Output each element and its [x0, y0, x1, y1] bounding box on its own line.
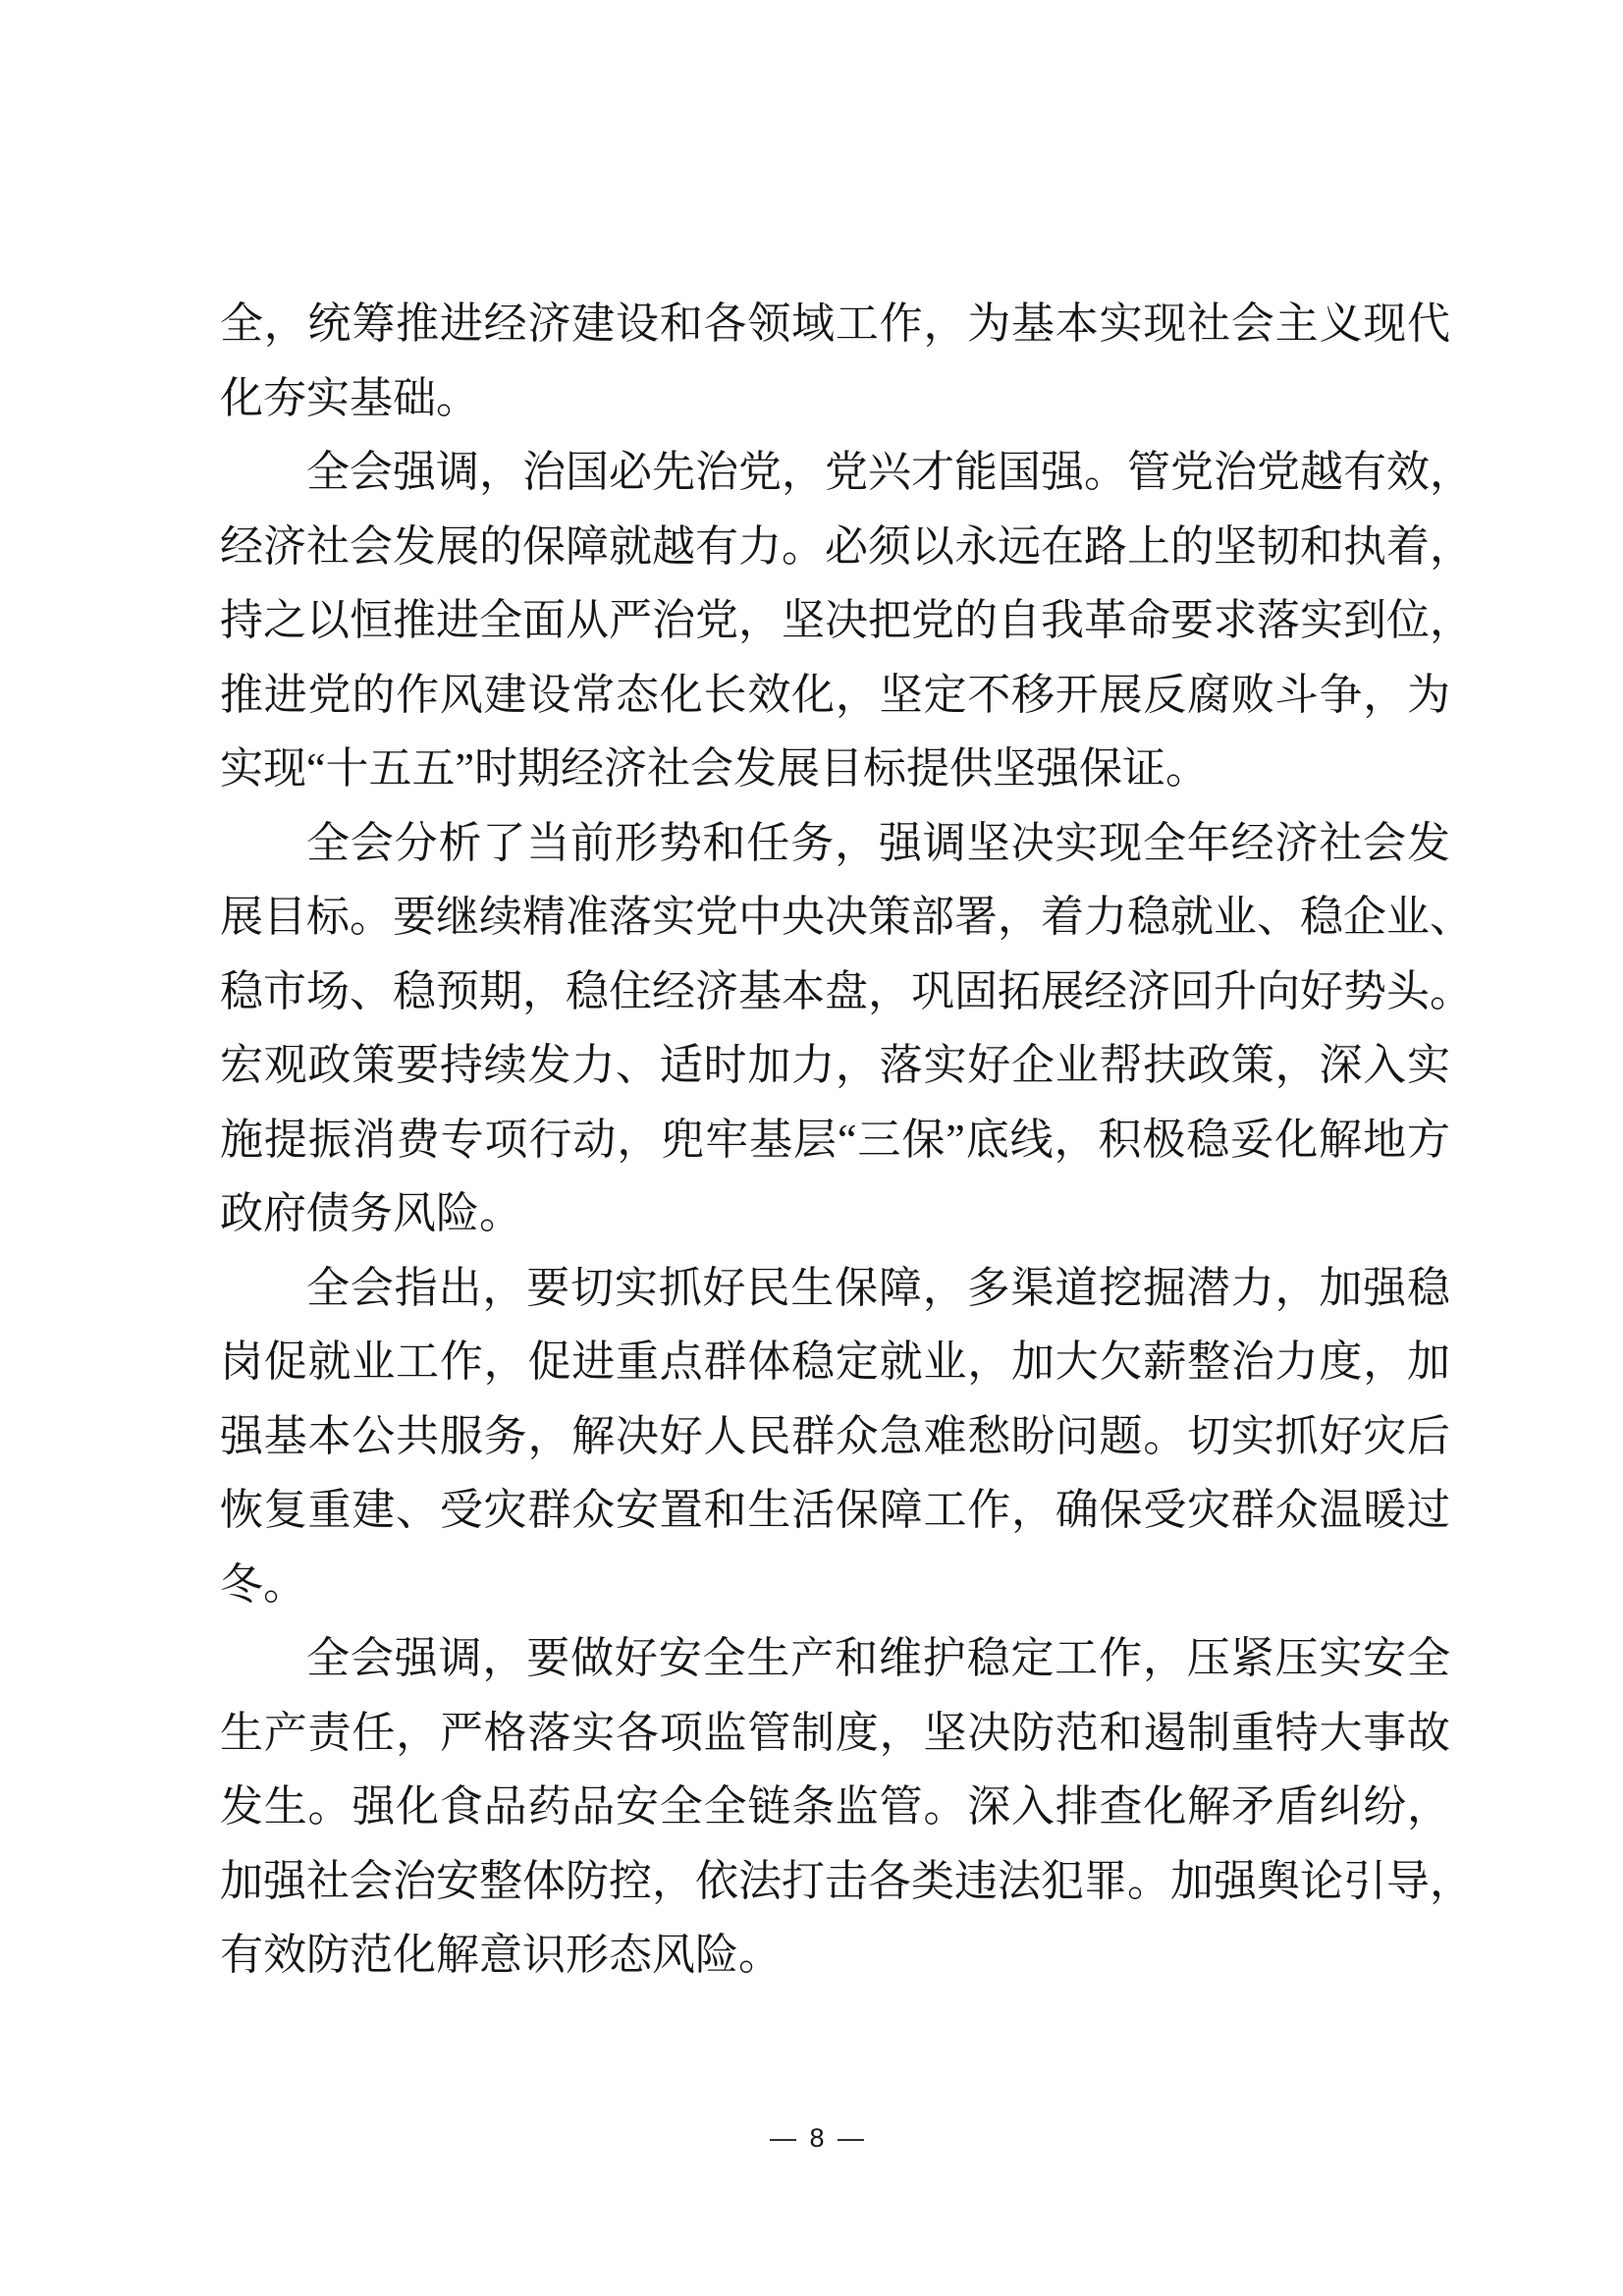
page-number: — 8 —	[7, 2123, 1623, 2154]
text-line: 推进党的作风建设常态化长效化，坚定不移开展反腐败斗争，为	[220, 658, 1450, 733]
text-line: 冬。	[220, 1548, 1450, 1622]
text-line: 发生。强化食品药品安全全链条监管。深入排查化解矛盾纠纷，	[220, 1770, 1450, 1844]
paragraph: 全会指出，要切实抓好民生保障，多渠道挖掘潜力，加强稳岗促就业工作，促进重点群体稳…	[220, 1251, 1450, 1622]
text-line: 加强社会治安整体防控，依法打击各类违法犯罪。加强舆论引导，	[220, 1844, 1450, 1919]
text-line: 全会强调，治国必先治党，党兴才能国强。管党治党越有效，	[220, 435, 1450, 510]
document-page: 全，统筹推进经济建设和各领域工作，为基本实现社会主义现代化夯实基础。全会强调，治…	[0, 0, 1623, 2296]
text-line: 有效防范化解意识形态风险。	[220, 1918, 1450, 1993]
text-line: 宏观政策要持续发力、适时加力，落实好企业帮扶政策，深入实	[220, 1028, 1450, 1103]
text-line: 全会强调，要做好安全生产和维护稳定工作，压紧压实安全	[220, 1621, 1450, 1696]
text-line: 全会指出，要切实抓好民生保障，多渠道挖掘潜力，加强稳	[220, 1251, 1450, 1326]
text-line: 持之以恒推进全面从严治党，坚决把党的自我革命要求落实到位，	[220, 583, 1450, 658]
paragraph: 全会强调，要做好安全生产和维护稳定工作，压紧压实安全生产责任，严格落实各项监管制…	[220, 1621, 1450, 1993]
text-line: 生产责任，严格落实各项监管制度，坚决防范和遏制重特大事故	[220, 1696, 1450, 1771]
text-line: 全会分析了当前形势和任务，强调坚决实现全年经济社会发	[220, 806, 1450, 881]
paragraph: 全会强调，治国必先治党，党兴才能国强。管党治党越有效，经济社会发展的保障就越有力…	[220, 435, 1450, 806]
text-line: 强基本公共服务，解决好人民群众急难愁盼问题。切实抓好灾后	[220, 1399, 1450, 1474]
paragraph: 全，统筹推进经济建设和各领域工作，为基本实现社会主义现代化夯实基础。	[220, 287, 1450, 435]
text-line: 稳市场、稳预期，稳住经济基本盘，巩固拓展经济回升向好势头。	[220, 955, 1450, 1029]
document-body: 全，统筹推进经济建设和各领域工作，为基本实现社会主义现代化夯实基础。全会强调，治…	[220, 287, 1450, 1993]
paragraph: 全会分析了当前形势和任务，强调坚决实现全年经济社会发展目标。要继续精准落实党中央…	[220, 806, 1450, 1251]
text-line: 实现“十五五”时期经济社会发展目标提供坚强保证。	[220, 732, 1450, 806]
text-line: 化夯实基础。	[220, 361, 1450, 436]
text-line: 全，统筹推进经济建设和各领域工作，为基本实现社会主义现代	[220, 287, 1450, 361]
text-line: 经济社会发展的保障就越有力。必须以永远在路上的坚韧和执着，	[220, 510, 1450, 584]
text-line: 政府债务风险。	[220, 1176, 1450, 1251]
text-line: 施提振消费专项行动，兜牢基层“三保”底线，积极稳妥化解地方	[220, 1103, 1450, 1177]
text-line: 恢复重建、受灾群众安置和生活保障工作，确保受灾群众温暖过	[220, 1473, 1450, 1548]
text-line: 岗促就业工作，促进重点群体稳定就业，加大欠薪整治力度，加	[220, 1325, 1450, 1399]
text-line: 展目标。要继续精准落实党中央决策部署，着力稳就业、稳企业、	[220, 880, 1450, 955]
